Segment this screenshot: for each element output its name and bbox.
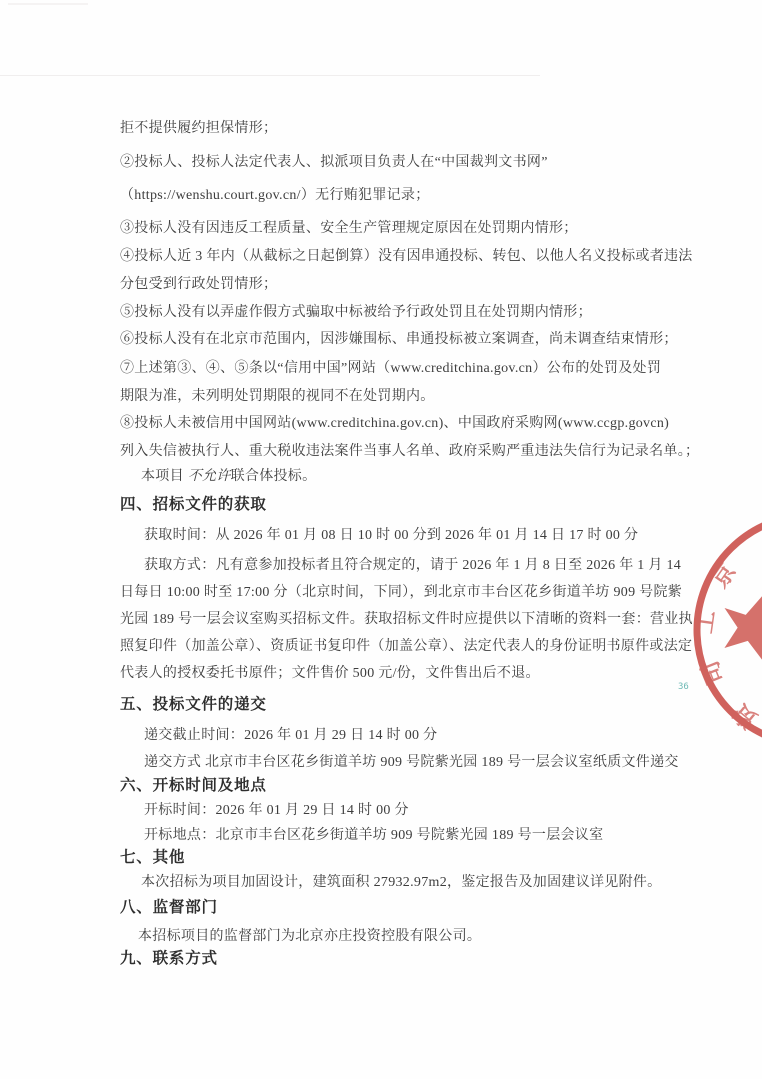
statement-suffix: 联合体投标。 — [231, 469, 317, 484]
doc-line: 获取时间：从 2026 年 01 月 08 日 10 时 00 分到 2026 … — [144, 528, 638, 544]
doc-line: ⑥投标人没有在北京市范围内，因涉嫌围标、串通投标被立案调查，尚未调查结束情形； — [120, 332, 678, 348]
svg-text:京: 京 — [706, 559, 740, 593]
doc-line: 拒不提供履约担保情形； — [120, 121, 277, 137]
section-heading-4: 四、招标文件的获取 — [120, 497, 267, 513]
doc-line-no-consortium: 本项目 不允许联合体投标。 — [141, 469, 316, 485]
doc-line: 照复印件（加盖公章）、资质证书复印件（加盖公章）、法定代表人的身份证明书原件或法… — [120, 639, 692, 655]
doc-line: 本招标项目的监督部门为北京亦庄投资控股有限公司。 — [138, 929, 481, 945]
statement-prefix: 本项目 — [141, 469, 188, 484]
doc-line: ⑤投标人没有以弄虚作假方式骗取中标被给予行政处罚且在处罚期内情形； — [120, 305, 592, 321]
statement-emphasis: 不允许 — [188, 469, 231, 484]
doc-line: 日每日 10:00 时至 17:00 分（北京时间，下同），到北京市丰台区花乡街… — [120, 585, 682, 601]
svg-text:工: 工 — [692, 609, 720, 635]
section-heading-9: 九、联系方式 — [120, 951, 218, 967]
doc-line: 光园 189 号一层会议室购买招标文件。获取招标文件时应提供以下清晰的资料一套：… — [120, 612, 693, 628]
doc-line: 递交截止时间：2026 年 01 月 29 日 14 时 00 分 — [144, 728, 437, 744]
doc-line: 开标时间：2026 年 01 月 29 日 14 时 00 分 — [144, 803, 409, 819]
doc-line: （https://wenshu.court.gov.cn/）无行贿犯罪记录； — [120, 188, 430, 204]
doc-line: ⑧投标人未被信用中国网站(www.creditchina.gov.cn)、中国政… — [120, 416, 669, 432]
seal-star-icon — [713, 586, 762, 664]
doc-line: 列入失信被执行人、重大税收违法案件当事人名单、政府采购严重违法失信行为记录名单。… — [120, 444, 699, 460]
official-seal: 京 工 司 资 — [672, 492, 762, 772]
doc-line: ③投标人没有因违反工程质量、安全生产管理规定原因在处罚期内情形； — [120, 221, 578, 237]
section-heading-5: 五、投标文件的递交 — [120, 697, 267, 713]
section-heading-7: 七、其他 — [120, 850, 185, 866]
section-heading-6: 六、开标时间及地点 — [120, 778, 267, 794]
doc-line: 开标地点：北京市丰台区花乡街道羊坊 909 号院紫光园 189 号一层会议室 — [144, 828, 603, 844]
scan-artifact — [8, 3, 88, 5]
doc-line: 本次招标为项目加固设计，建筑面积 27932.97m2，鉴定报告及加固建议详见附… — [141, 875, 662, 891]
scan-artifact — [0, 75, 540, 76]
doc-line: 分包受到行政处罚情形； — [120, 277, 277, 293]
document-page: 拒不提供履约担保情形； ②投标人、投标人法定代表人、拟派项目负责人在“中国裁判文… — [0, 0, 762, 1079]
doc-line: ④投标人近 3 年内（从截标之日起倒算）没有因串通投标、转包、以他人名义投标或者… — [120, 249, 693, 265]
seal-serial-digits: 36 — [678, 682, 689, 692]
doc-line: 获取方式：凡有意参加投标者且符合规定的，请于 2026 年 1 月 8 日至 2… — [144, 558, 681, 574]
doc-line: ②投标人、投标人法定代表人、拟派项目负责人在“中国裁判文书网” — [120, 155, 548, 171]
section-heading-8: 八、监督部门 — [120, 900, 218, 916]
doc-line: 期限为准，未列明处罚期限的视同不在处罚期内。 — [120, 389, 435, 405]
doc-line: 代表人的授权委托书原件；文件售价 500 元/份，文件售出后不退。 — [120, 666, 540, 682]
doc-line: ⑦上述第③、④、⑤条以“信用中国”网站（www.creditchina.gov.… — [120, 361, 661, 377]
doc-line: 递交方式 北京市丰台区花乡街道羊坊 909 号院紫光园 189 号一层会议室纸质… — [144, 755, 679, 771]
